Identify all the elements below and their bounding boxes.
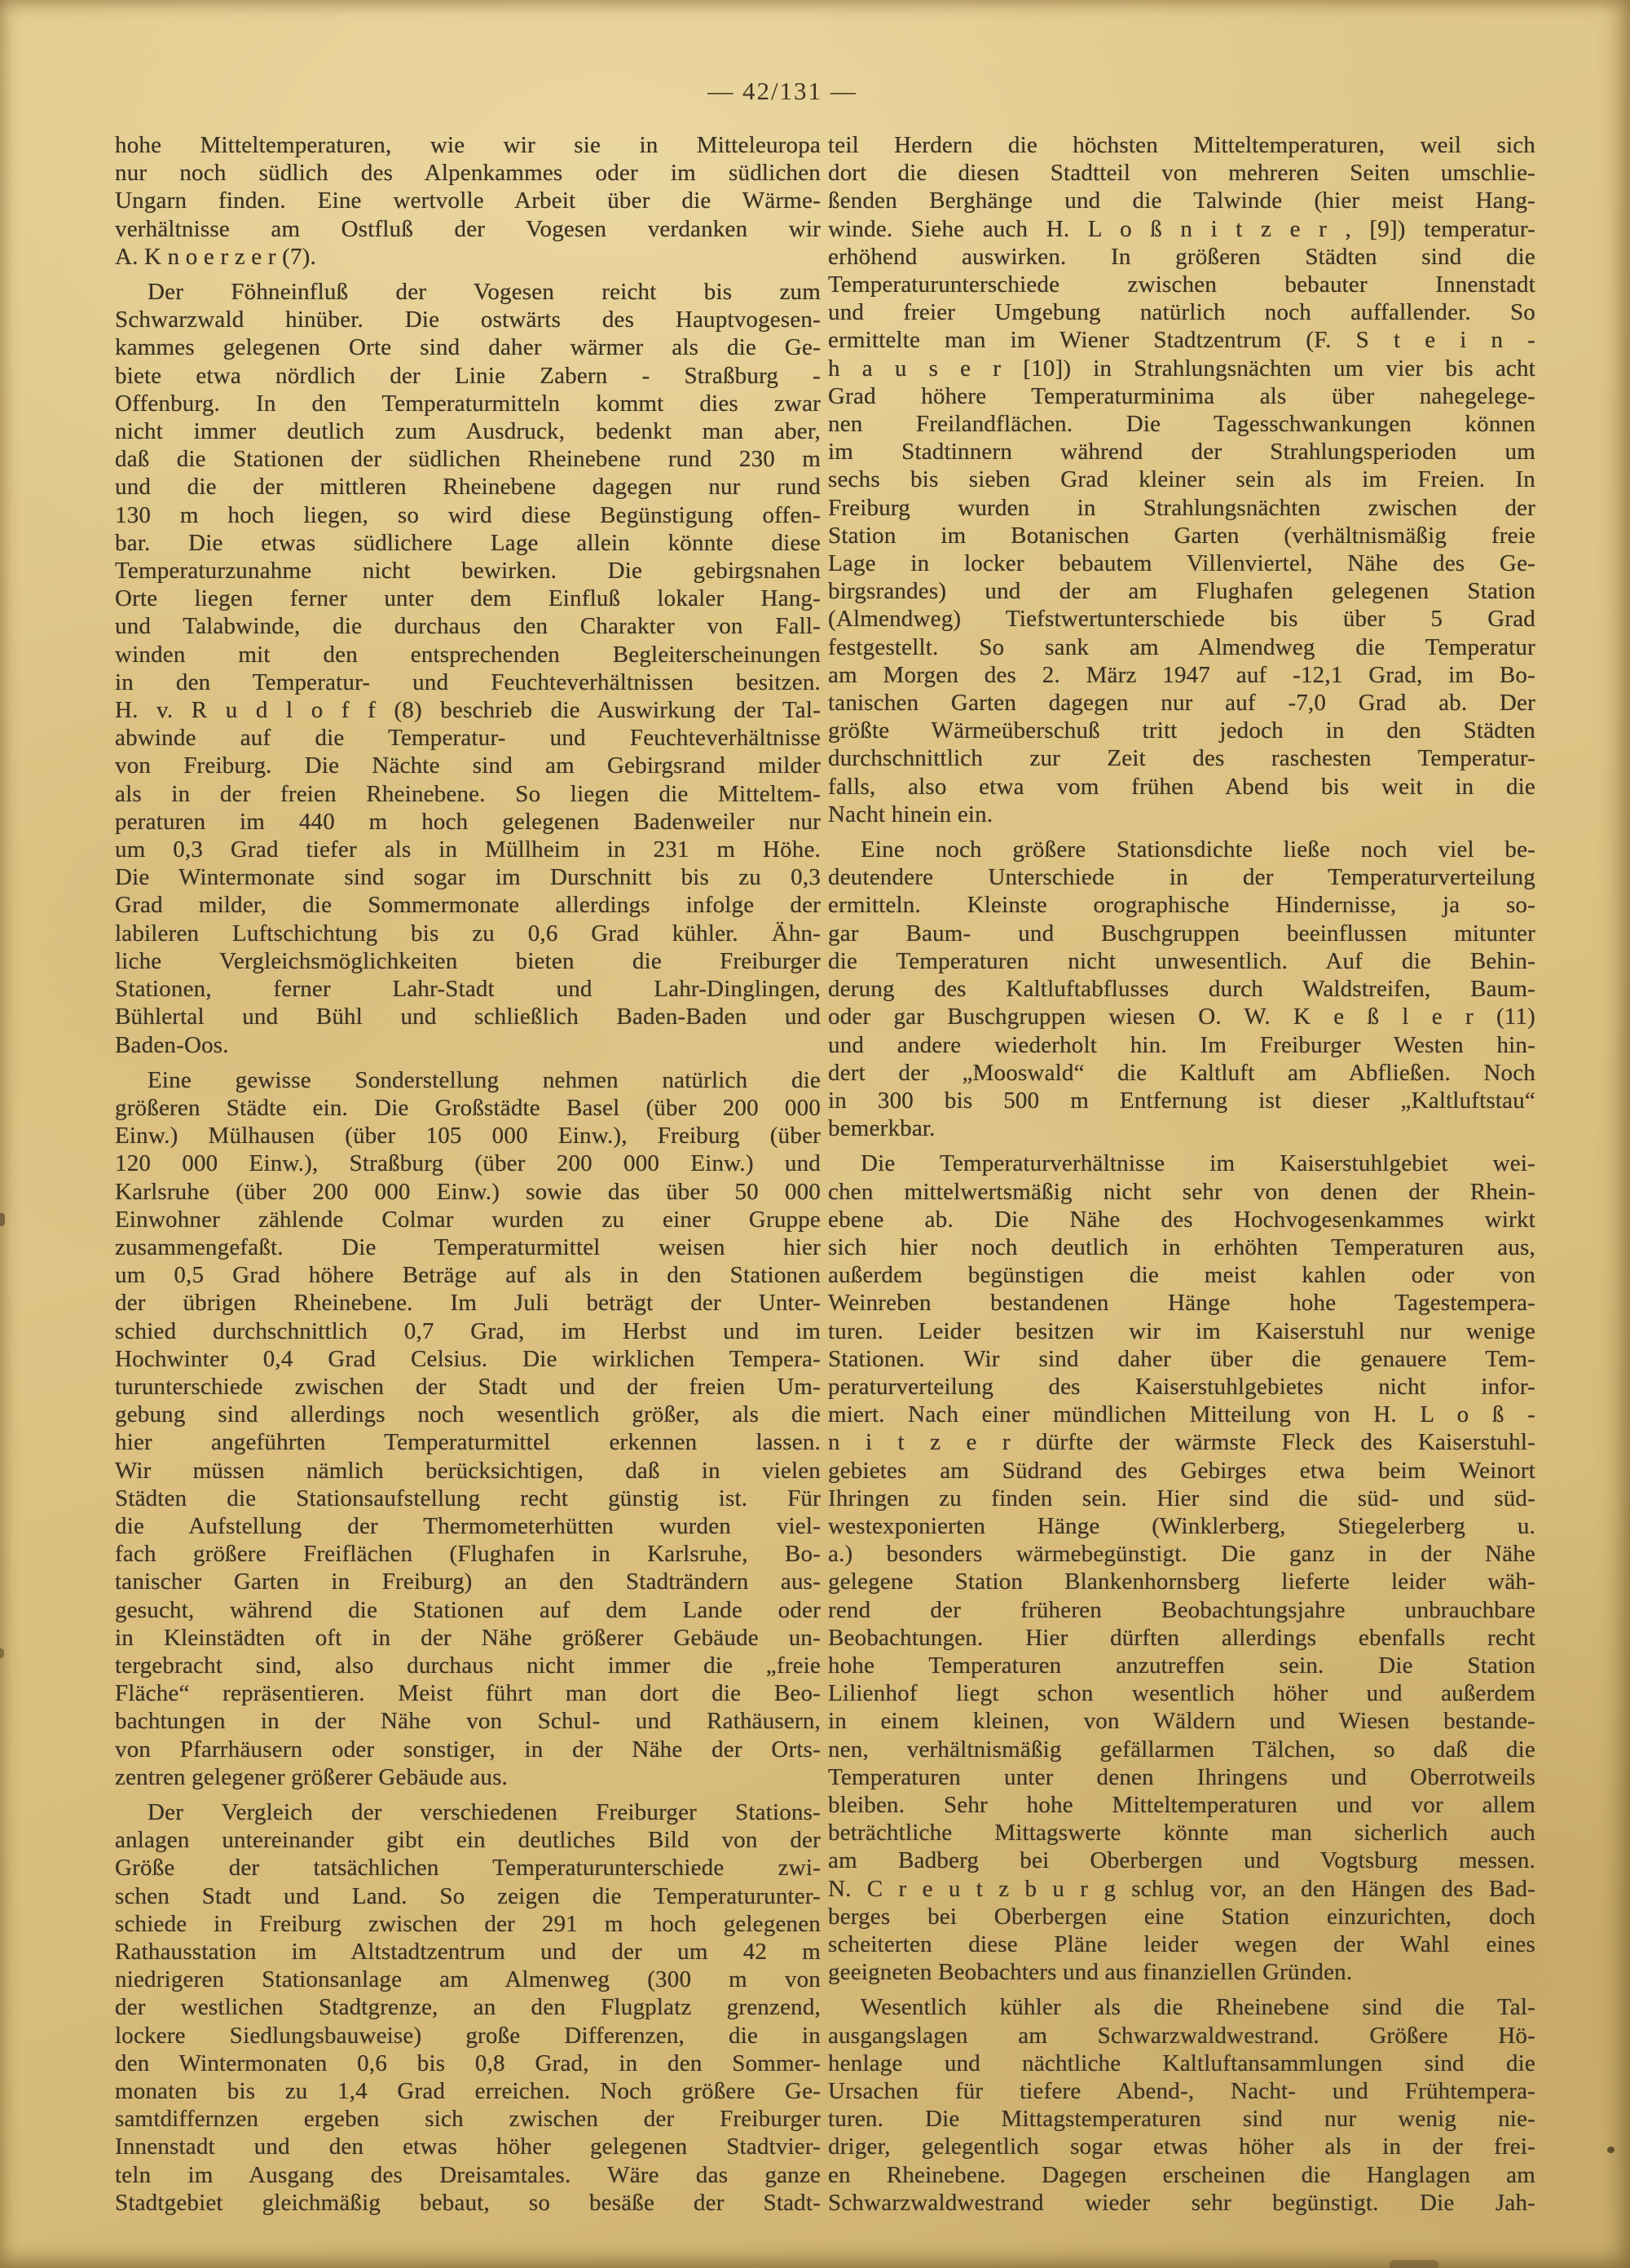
text-line: biete etwa nördlich der Linie Zabern - S… — [115, 362, 821, 390]
text-line: gebietes am Südrand des Gebirges etwa be… — [828, 1457, 1535, 1485]
text-line: anlagen untereinander gibt ein deutliche… — [115, 1826, 821, 1854]
text-line: gesucht, während die Stationen auf dem L… — [115, 1596, 821, 1624]
text-line: Freiburg wurden in Strahlungsnächten zwi… — [828, 494, 1535, 522]
text-line: um 0,5 Grad höhere Beträge auf als in de… — [115, 1261, 821, 1289]
text-line: nen Freilandflächen. Die Tagesschwankung… — [828, 410, 1535, 438]
text-line: größeren Städte ein. Die Großstädte Base… — [115, 1094, 821, 1122]
paragraph: hohe Mitteltemperaturen, wie wir sie in … — [115, 131, 821, 271]
paragraph: Der Föhneinfluß der Vogesen reicht bis z… — [115, 278, 821, 1059]
text-line: Eine gewisse Sonderstellung nehmen natür… — [115, 1066, 821, 1094]
text-line: Die Wintermonate sind sogar im Durschnit… — [115, 863, 821, 891]
text-line: außerdem begünstigen die meist kahlen od… — [828, 1261, 1535, 1289]
paragraph: teil Herdern die höchsten Mitteltemperat… — [828, 131, 1535, 828]
page-number: — 42/131 — — [0, 77, 1565, 106]
paper-speck — [1390, 2260, 1438, 2268]
text-line: deutendere Unterschiede in der Temperatu… — [828, 863, 1535, 891]
text-line: Temperaturen unter denen Ihringens und O… — [828, 1763, 1535, 1791]
text-line: daß die Stationen der südlichen Rheinebe… — [115, 445, 821, 473]
text-line: peraturen im 440 m hoch gelegenen Badenw… — [115, 808, 821, 836]
text-line: A. K n o e r z e r (7). — [115, 243, 821, 271]
text-line: chen mittelwertsmäßig nicht sehr von den… — [828, 1178, 1535, 1206]
text-line: falls, also etwa vom frühen Abend bis we… — [828, 773, 1535, 801]
text-line: die Aufstellung der Thermometerhütten wu… — [115, 1512, 821, 1540]
text-line: H. v. R u d l o f f (8) beschrieb die Au… — [115, 696, 821, 724]
text-line: bemerkbar. — [828, 1114, 1535, 1142]
text-line: Die Temperaturverhältnisse im Kaiserstuh… — [828, 1149, 1535, 1177]
text-line: peraturverteilung des Kaiserstuhlgebiete… — [828, 1373, 1535, 1401]
text-line: winde. Siehe auch H. L o ß n i t z e r ,… — [828, 215, 1535, 243]
text-line: tergebracht sind, also durchaus nicht im… — [115, 1652, 821, 1679]
text-line: Größe der tatsächlichen Temperaturunters… — [115, 1854, 821, 1882]
text-line: labileren Luftschichtung bis zu 0,6 Grad… — [115, 920, 821, 947]
text-line: geeigneten Beobachters und aus finanziel… — [828, 1958, 1535, 1986]
text-line: ausgangslagen am Schwarzwaldwestrand. Gr… — [828, 2022, 1535, 2050]
text-line: niedrigeren Stationsanlage am Almenweg (… — [115, 1966, 821, 1993]
text-line: turen. Die Mittagstemperaturen sind nur … — [828, 2105, 1535, 2133]
text-line: in 300 bis 500 m Entfernung ist dieser „… — [828, 1087, 1535, 1114]
text-line: abwinde auf die Temperatur- und Feuchtev… — [115, 724, 821, 752]
text-line: in Kleinstädten oft in der Nähe größerer… — [115, 1624, 821, 1652]
text-line: kammes gelegenen Orte sind daher wärmer … — [115, 333, 821, 361]
text-line: von Pfarrhäusern oder sonstiger, in der … — [115, 1736, 821, 1763]
text-line: Lage in locker bebautem Villenviertel, N… — [828, 549, 1535, 577]
text-line: henlage und nächtliche Kaltluftansammlun… — [828, 2050, 1535, 2077]
text-line: in einem kleinen, von Wäldern und Wiesen… — [828, 1707, 1535, 1735]
text-line: Fläche“ repräsentieren. Meist führt man … — [115, 1679, 821, 1707]
text-line: tanischen Garten dagegen nur auf -7,0 Gr… — [828, 689, 1535, 717]
text-line: gelegene Station Blankenhornsberg liefer… — [828, 1568, 1535, 1595]
text-line: bleiben. Sehr hohe Mitteltemperaturen un… — [828, 1791, 1535, 1819]
text-line: h a u s e r [10]) in Strahlungsnächten u… — [828, 355, 1535, 382]
text-line: Orte liegen ferner unter dem Einfluß lok… — [115, 585, 821, 612]
text-line: Weinreben bestandenen Hänge hohe Tageste… — [828, 1289, 1535, 1317]
text-line: hier angeführten Temperaturmittel erkenn… — [115, 1428, 821, 1456]
text-line: die Temperaturen nicht unwesentlich. Auf… — [828, 947, 1535, 975]
text-line: Station im Botanischen Garten (verhältni… — [828, 522, 1535, 549]
text-line: nur noch südlich des Alpenkammes oder im… — [115, 159, 821, 187]
text-line: schied durchschnittlich 0,7 Grad, im Her… — [115, 1317, 821, 1345]
text-line: ßenden Berghänge und die Talwinde (hier … — [828, 187, 1535, 214]
text-line: n i t z e r dürfte der wärmste Fleck des… — [828, 1428, 1535, 1456]
text-line: berges bei Oberbergen eine Station einzu… — [828, 1903, 1535, 1930]
text-line: teln im Ausgang des Dreisamtales. Wäre d… — [115, 2161, 821, 2189]
text-line: ermitteln. Kleinste orographische Hinder… — [828, 891, 1535, 919]
text-line: den Wintermonaten 0,6 bis 0,8 Grad, in d… — [115, 2050, 821, 2077]
paper-speck — [1607, 2147, 1615, 2153]
text-line: gebung sind allerdings noch wesentlich g… — [115, 1401, 821, 1428]
scanned-document-page: — 42/131 — hohe Mitteltemperaturen, wie … — [0, 0, 1630, 2268]
text-line: ermittelte man im Wiener Stadtzentrum (F… — [828, 326, 1535, 354]
text-line: Lilienhof liegt schon wesentlich höher u… — [828, 1679, 1535, 1707]
text-line: Bühlertal und Bühl und schließlich Baden… — [115, 1003, 821, 1030]
text-line: sechs bis sieben Grad kleiner sein als i… — [828, 466, 1535, 493]
text-line: erhöhend auswirken. In größeren Städten … — [828, 243, 1535, 271]
text-line: scheiterten diese Pläne leider wegen der… — [828, 1930, 1535, 1958]
text-line: Rathausstation im Altstadtzentrum und de… — [115, 1938, 821, 1966]
text-line: driger, gelegentlich sogar etwas höher a… — [828, 2133, 1535, 2160]
text-line: Stationen, ferner Lahr-Stadt und Lahr-Di… — [115, 975, 821, 1003]
text-line: bachtungen in der Nähe von Schul- und Ra… — [115, 1707, 821, 1735]
text-line: beträchtliche Mittagswerte könnte man si… — [828, 1819, 1535, 1847]
text-line: und freier Umgebung natürlich noch auffa… — [828, 298, 1535, 326]
text-line: Hochwinter 0,4 Grad Celsius. Die wirklic… — [115, 1345, 821, 1373]
text-line: (Almendweg) Tiefstwertunterschiede bis ü… — [828, 605, 1535, 633]
text-line: Schwarzwaldwestrand wieder sehr begünsti… — [828, 2189, 1535, 2217]
text-line: Grad milder, die Sommermonate allerdings… — [115, 891, 821, 919]
text-line: am Badberg bei Oberbergen und Vogtsburg … — [828, 1847, 1535, 1874]
text-line: Stationen. Wir sind daher über die genau… — [828, 1345, 1535, 1373]
text-line: durchschnittlich zur Zeit des raschesten… — [828, 744, 1535, 772]
text-line: dort die diesen Stadtteil von mehreren S… — [828, 159, 1535, 187]
text-line: Einwohner zählende Colmar wurden zu eine… — [115, 1206, 821, 1233]
text-line: lockere Siedlungsbauweise) große Differe… — [115, 2022, 821, 2050]
text-line: als in der freien Rheinebene. So liegen … — [115, 780, 821, 808]
text-line: nicht immer deutlich zum Ausdruck, beden… — [115, 417, 821, 445]
text-line: verhältnisse am Ostfluß der Vogesen verd… — [115, 215, 821, 243]
text-line: teil Herdern die höchsten Mitteltemperat… — [828, 131, 1535, 159]
text-line: nen, verhältnismäßig gefällarmen Tälchen… — [828, 1736, 1535, 1763]
text-line: a.) besonders wärmebegünstigt. Die ganz … — [828, 1540, 1535, 1568]
text-line: im Stadtinnern während der Strahlungsper… — [828, 438, 1535, 466]
text-line: Baden-Oos. — [115, 1031, 821, 1059]
text-line: Wir müssen nämlich berücksichtigen, daß … — [115, 1457, 821, 1485]
text-line: turen. Leider besitzen wir im Kaiserstuh… — [828, 1317, 1535, 1345]
text-line: bar. Die etwas südlichere Lage allein kö… — [115, 529, 821, 557]
text-line: um 0,3 Grad tiefer als in Müllheim in 23… — [115, 836, 821, 863]
text-line: hohe Temperaturen anzutreffen sein. Die … — [828, 1652, 1535, 1679]
text-line: zentren gelegener größerer Gebäude aus. — [115, 1763, 821, 1791]
text-line: rend der früheren Beobachtungsjahre unbr… — [828, 1596, 1535, 1624]
text-line: schiede in Freiburg zwischen der 291 m h… — [115, 1910, 821, 1938]
text-line: schen Stadt und Land. So zeigen die Temp… — [115, 1882, 821, 1910]
text-line: Städten die Stationsaufstellung recht gü… — [115, 1485, 821, 1512]
text-line: Wesentlich kühler als die Rheinebene sin… — [828, 1993, 1535, 2021]
text-line: Grad höhere Temperaturminima als über na… — [828, 382, 1535, 410]
text-line: sich hier noch deutlich in erhöhten Temp… — [828, 1233, 1535, 1261]
text-line: Stadtgebiet gleichmäßig bebaut, so besäß… — [115, 2189, 821, 2217]
text-line: dert der „Mooswald“ die Kaltluft am Abfl… — [828, 1059, 1535, 1087]
text-line: 120 000 Einw.), Straßburg (über 200 000 … — [115, 1149, 821, 1177]
text-line: von Freiburg. Die Nächte sind am Gebirgs… — [115, 752, 821, 779]
text-line: en Rheinebene. Dagegen erscheinen die Ha… — [828, 2161, 1535, 2189]
text-column-right: teil Herdern die höchsten Mitteltemperat… — [828, 131, 1535, 2217]
paragraph: Der Vergleich der verschiedenen Freiburg… — [115, 1798, 821, 2217]
text-line: Temperaturzunahme nicht bewirken. Die ge… — [115, 557, 821, 585]
text-line: zusammengefaßt. Die Temperaturmittel wei… — [115, 1233, 821, 1261]
text-line: und andere wiederholt hin. Im Freiburger… — [828, 1031, 1535, 1059]
text-line: Ungarn finden. Eine wertvolle Arbeit übe… — [115, 187, 821, 214]
text-line: samtdiffernzen ergeben sich zwischen der… — [115, 2105, 821, 2133]
text-line: Ursachen für tiefere Abend-, Nacht- und … — [828, 2077, 1535, 2105]
text-line: 130 m hoch liegen, so wird diese Begünst… — [115, 501, 821, 529]
text-line: und die der mittleren Rheinebene dagegen… — [115, 473, 821, 501]
text-line: Schwarzwald hinüber. Die ostwärts des Ha… — [115, 306, 821, 333]
text-line: Offenburg. In den Temperaturmitteln komm… — [115, 390, 821, 417]
text-line: in den Temperatur- und Feuchteverhältnis… — [115, 668, 821, 696]
text-line: winden mit den entsprechenden Begleiters… — [115, 641, 821, 668]
text-line: der westlichen Stadtgrenze, an den Flugp… — [115, 1993, 821, 2021]
text-line: Der Vergleich der verschiedenen Freiburg… — [115, 1798, 821, 1826]
text-line: Karlsruhe (über 200 000 Einw.) sowie das… — [115, 1178, 821, 1206]
text-line: Eine noch größere Stationsdichte ließe n… — [828, 836, 1535, 863]
text-line: größte Wärmeüberschuß tritt jedoch in de… — [828, 717, 1535, 744]
text-line: Nacht hinein ein. — [828, 801, 1535, 828]
paragraph: Die Temperaturverhältnisse im Kaiserstuh… — [828, 1149, 1535, 1986]
paragraph: Eine gewisse Sonderstellung nehmen natür… — [115, 1066, 821, 1791]
text-line: festgestellt. So sank am Almendweg die T… — [828, 633, 1535, 661]
text-line: hohe Mitteltemperaturen, wie wir sie in … — [115, 131, 821, 159]
text-line: Temperaturunterschiede zwischen bebauter… — [828, 271, 1535, 298]
text-line: liche Vergleichsmöglichkeiten bieten die… — [115, 947, 821, 975]
text-line: am Morgen des 2. März 1947 auf -12,1 Gra… — [828, 661, 1535, 689]
text-line: miert. Nach einer mündlichen Mitteilung … — [828, 1401, 1535, 1428]
text-line: westexponierten Hänge (Winklerberg, Stie… — [828, 1512, 1535, 1540]
text-line: Ihringen zu finden sein. Hier sind die s… — [828, 1485, 1535, 1512]
text-line: monaten bis zu 1,4 Grad erreichen. Noch … — [115, 2077, 821, 2105]
text-line: derung des Kaltluftabflusses durch Walds… — [828, 975, 1535, 1003]
text-line: fach größere Freiflächen (Flughafen in K… — [115, 1540, 821, 1568]
paragraph: Eine noch größere Stationsdichte ließe n… — [828, 836, 1535, 1142]
text-line: N. C r e u t z b u r g schlug vor, an de… — [828, 1875, 1535, 1903]
text-line: Beobachtungen. Hier dürften allerdings e… — [828, 1624, 1535, 1652]
text-line: der übrigen Rheinebene. Im Juli beträgt … — [115, 1289, 821, 1317]
text-line: oder gar Buschgruppen wiesen O. W. K e ß… — [828, 1003, 1535, 1030]
text-line: turunterschiede zwischen der Stadt und d… — [115, 1373, 821, 1401]
text-line: Der Föhneinfluß der Vogesen reicht bis z… — [115, 278, 821, 306]
text-line: ebene ab. Die Nähe des Hochvogesenkammes… — [828, 1206, 1535, 1233]
paragraph: Wesentlich kühler als die Rheinebene sin… — [828, 1993, 1535, 2217]
text-column-left: hohe Mitteltemperaturen, wie wir sie in … — [115, 131, 821, 2217]
text-line: tanischer Garten in Freiburg) an den Sta… — [115, 1568, 821, 1595]
text-line: gar Baum- und Buschgruppen beeinflussen … — [828, 920, 1535, 947]
text-line: und Talabwinde, die durchaus den Charakt… — [115, 612, 821, 640]
text-line: birgsrandes) und der am Flughafen gelege… — [828, 577, 1535, 605]
paper-speck — [0, 1648, 4, 1658]
paper-speck — [0, 1213, 5, 1226]
text-line: Innenstadt und den etwas höher gelegenen… — [115, 2133, 821, 2160]
text-line: Einw.) Mülhausen (über 105 000 Einw.), F… — [115, 1122, 821, 1149]
